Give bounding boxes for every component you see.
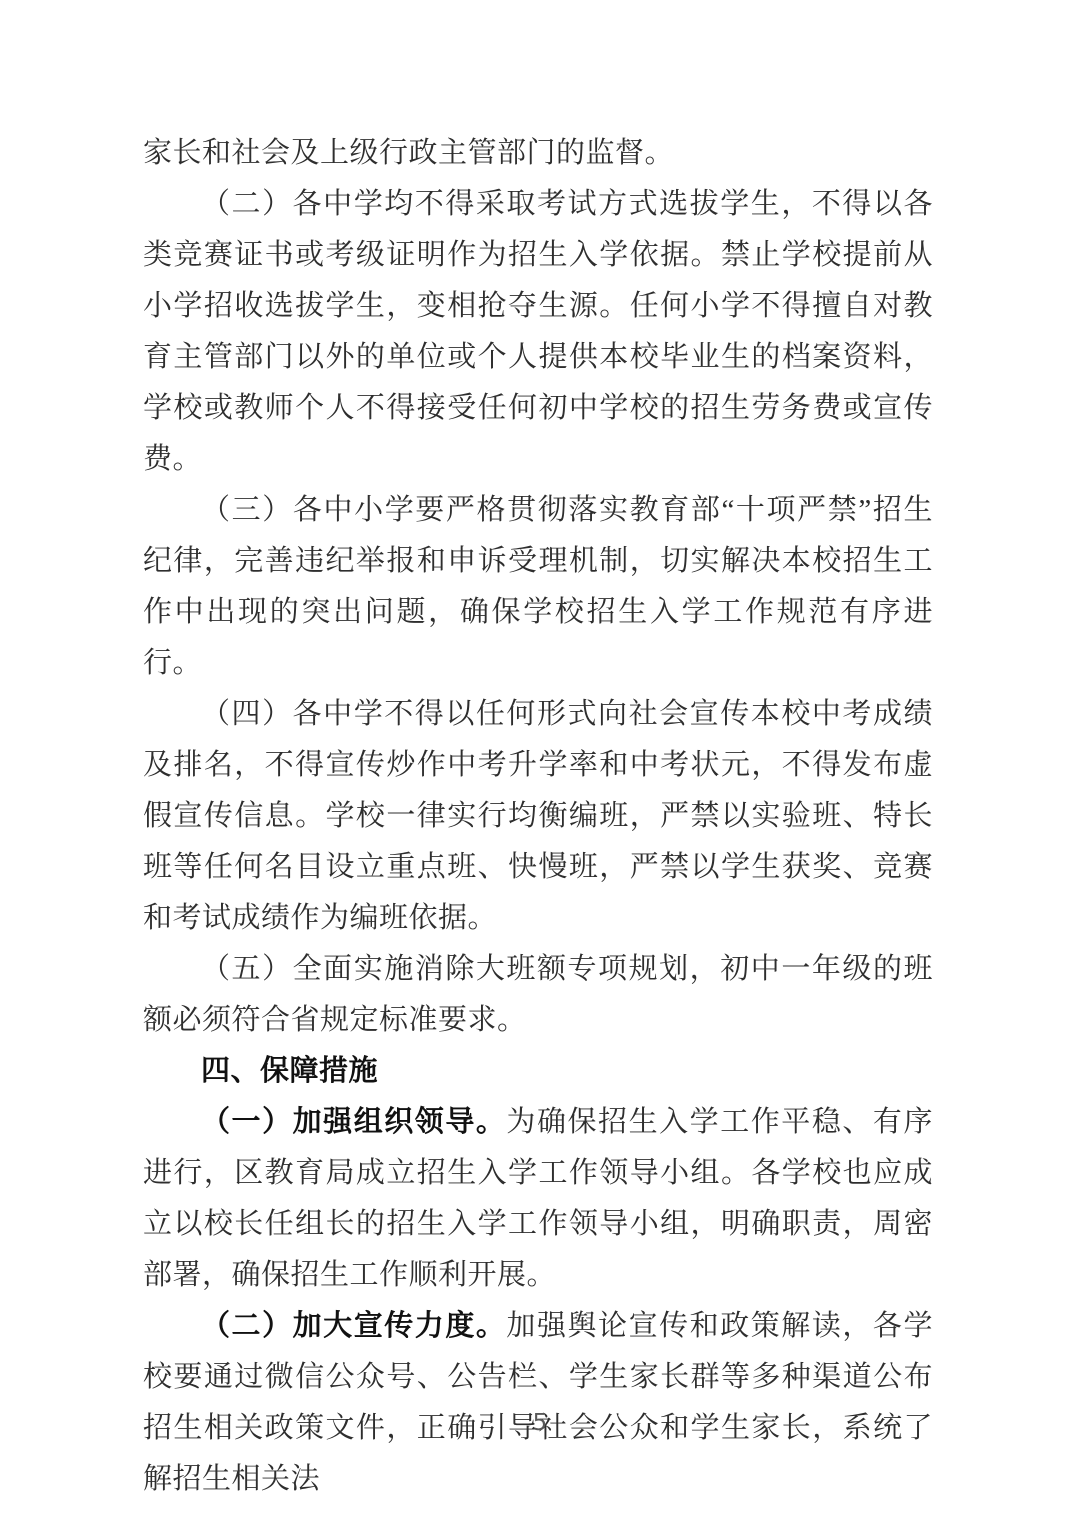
paragraph-item-2: （二）各中学均不得采取考试方式选拔学生，不得以各类竞赛证书或考级证明作为招生入学… bbox=[143, 179, 933, 485]
paragraph-item-3: （三）各中小学要严格贯彻落实教育部“十项严禁”招生纪律，完善违纪举报和申诉受理机… bbox=[143, 485, 933, 689]
paragraph-item-4: （四）各中学不得以任何形式向社会宣传本校中考成绩及排名，不得宣传炒作中考升学率和… bbox=[143, 689, 933, 944]
paragraph-lead-bold: （二）加大宣传力度。 bbox=[201, 1310, 506, 1342]
document-page: 家长和社会及上级行政主管部门的监督。 （二）各中学均不得采取考试方式选拔学生，不… bbox=[0, 0, 1080, 1527]
paragraph-item-5: （五）全面实施消除大班额专项规划，初中一年级的班额必须符合省规定标准要求。 bbox=[143, 944, 933, 1046]
section-heading-safeguards: 四、保障措施 bbox=[143, 1046, 933, 1097]
paragraph-measure-1: （一）加强组织领导。为确保招生入学工作平稳、有序进行，区教育局成立招生入学工作领… bbox=[143, 1097, 933, 1301]
document-body: 家长和社会及上级行政主管部门的监督。 （二）各中学均不得采取考试方式选拔学生，不… bbox=[143, 128, 933, 1505]
paragraph-lead-bold: （一）加强组织领导。 bbox=[201, 1106, 506, 1138]
page-number: 5 bbox=[0, 1408, 1080, 1438]
paragraph-measure-2: （二）加大宣传力度。加强舆论宣传和政策解读，各学校要通过微信公众号、公告栏、学生… bbox=[143, 1301, 933, 1505]
paragraph-continuation: 家长和社会及上级行政主管部门的监督。 bbox=[143, 128, 933, 179]
